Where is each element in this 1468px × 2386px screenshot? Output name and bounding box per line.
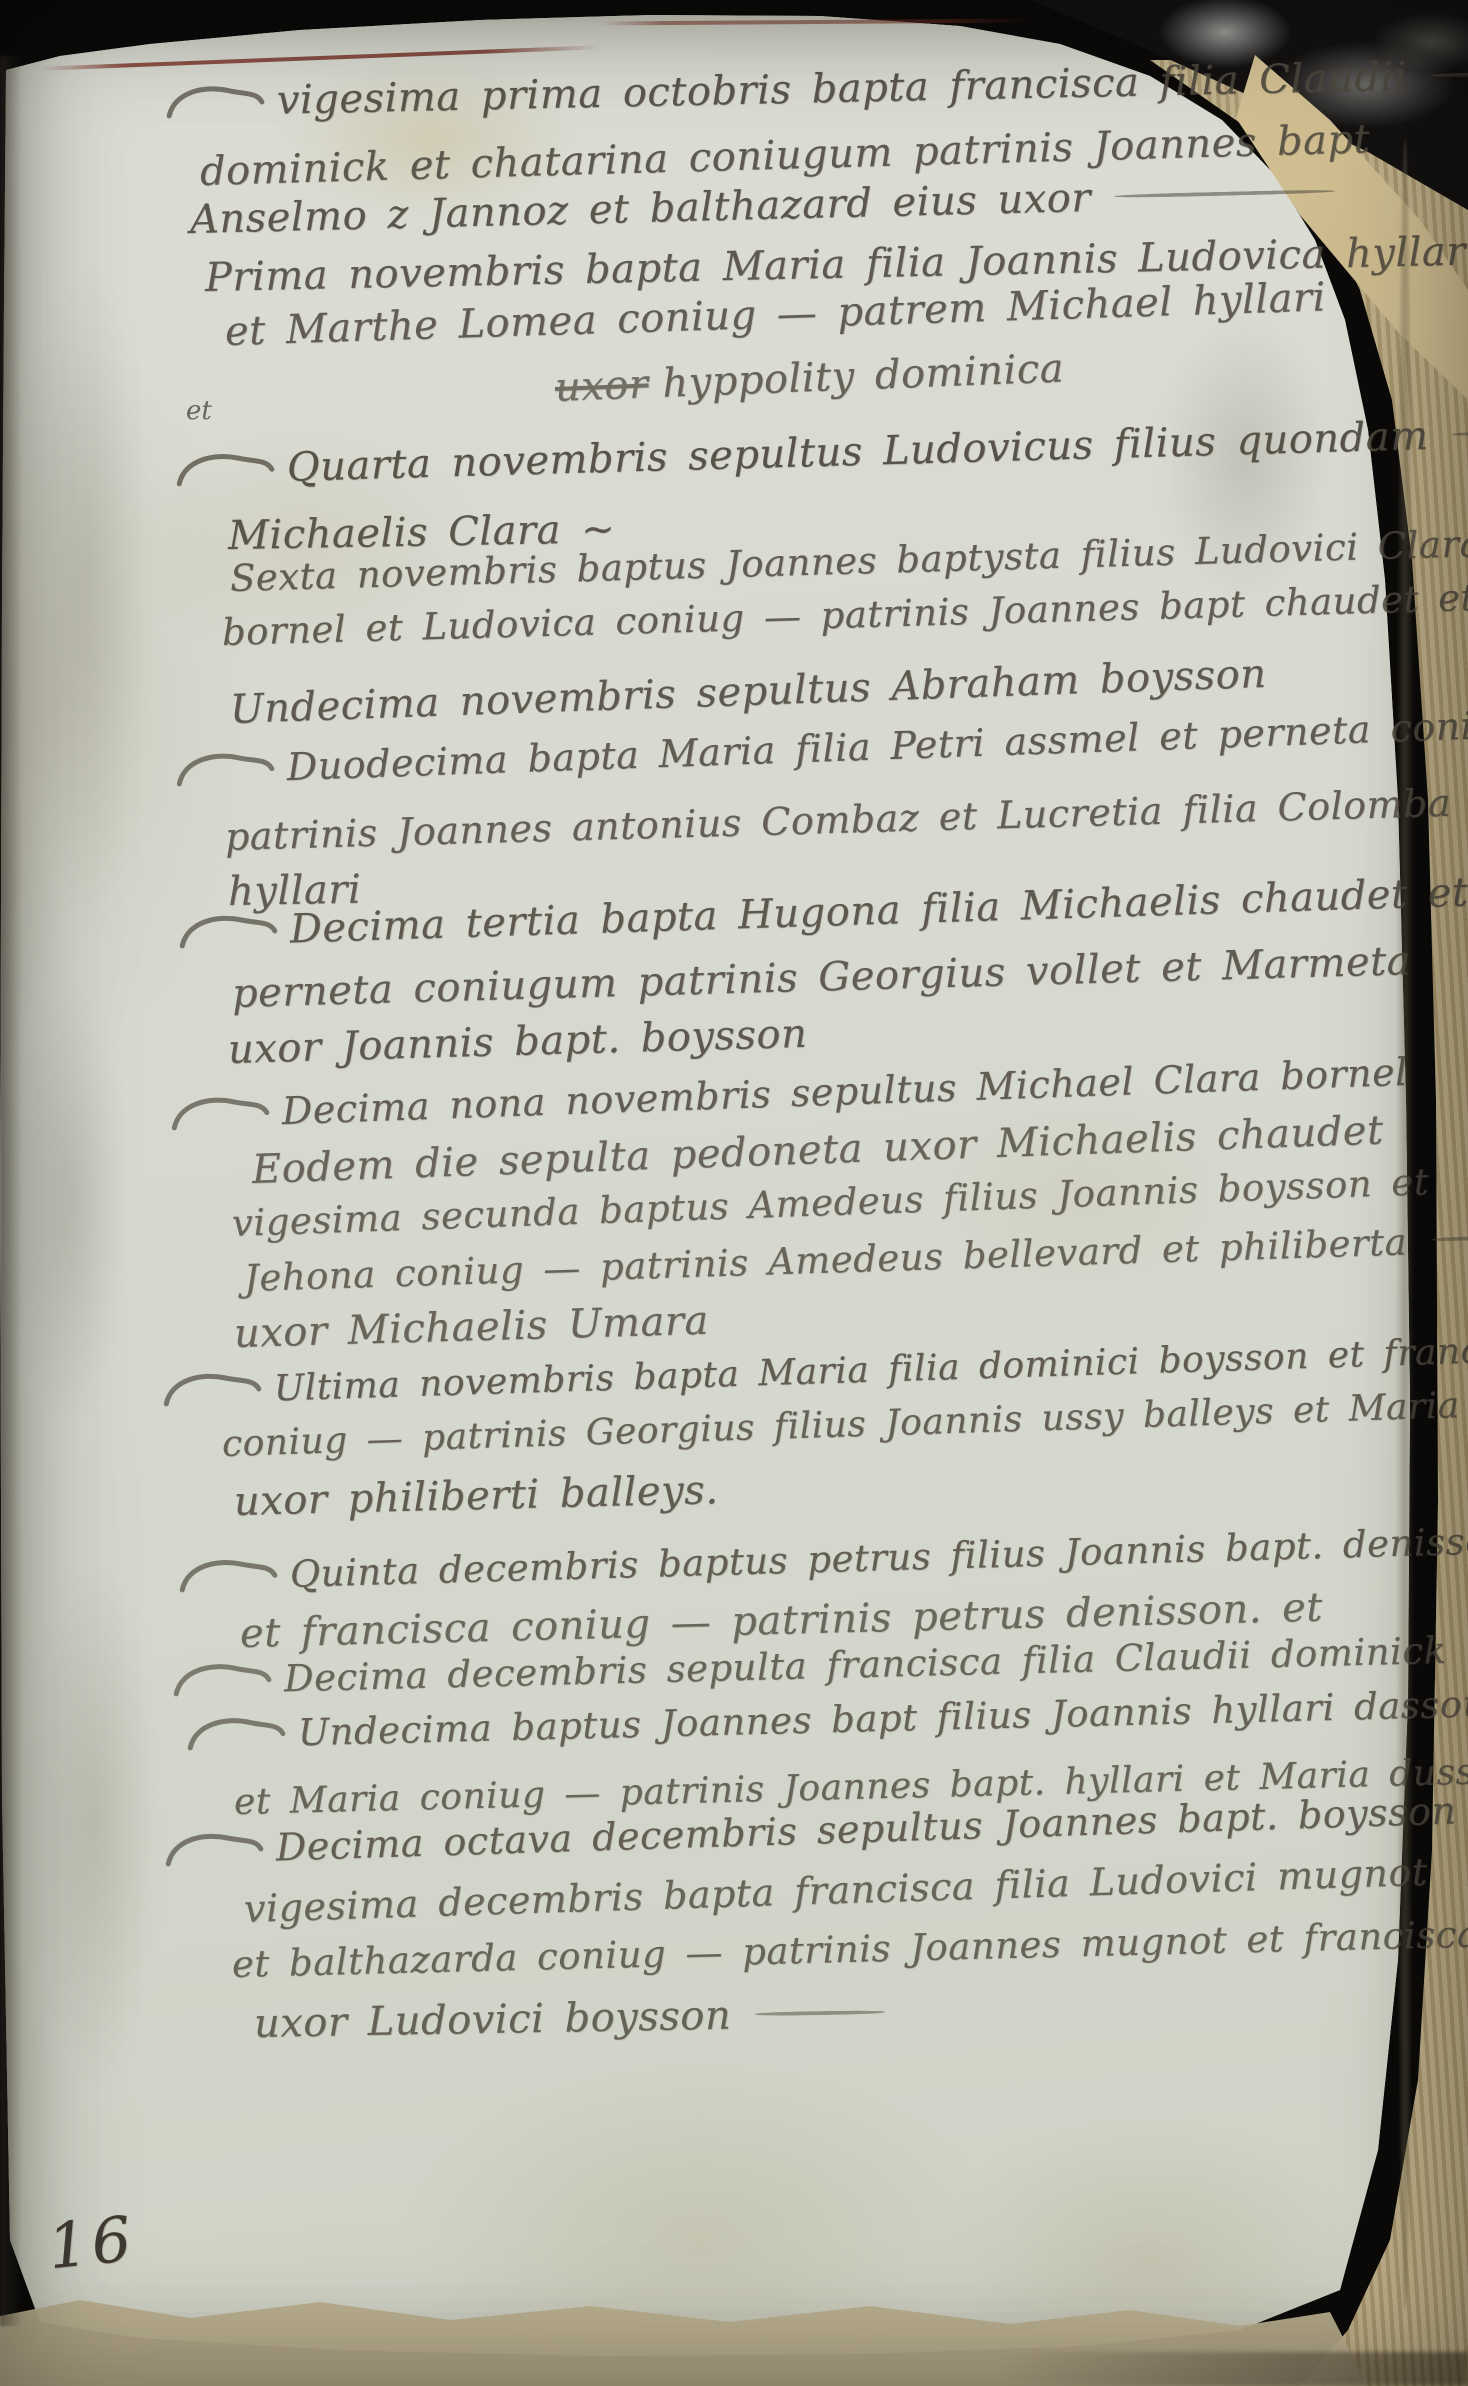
- paragraph-swash: [169, 1091, 271, 1144]
- manuscript-line: Quarta novembris sepultus Ludovicus fili…: [174, 411, 1468, 500]
- paragraph-swash-flourish: [163, 1827, 264, 1872]
- line-text: uxor Michaelis Umara: [233, 1298, 709, 1357]
- line-text: uxor philiberti balleys.: [233, 1467, 718, 1525]
- line-text: patrinis Joannes antonius Combaz et Lucr…: [224, 781, 1451, 859]
- line-text: uxor Joannis bapt. boysson: [227, 1011, 808, 1073]
- line-text: hyppolity dominica: [662, 345, 1065, 406]
- trailing-dash-stroke: [1452, 429, 1468, 436]
- trailing-dash-stroke: [755, 2010, 885, 2016]
- line-text: Quarta novembris sepultus Ludovicus fili…: [286, 413, 1429, 491]
- trailing-dash-stroke: [1431, 71, 1468, 78]
- manuscript-line: uxor Michaelis Umara: [233, 1301, 709, 1356]
- paragraph-swash: [171, 1658, 272, 1710]
- manuscript-line: et balthazarda coniug — patrinis Joannes…: [232, 1916, 1468, 1985]
- manuscript-line: uxor philiberti balleys.: [233, 1470, 718, 1523]
- paragraph-swash-flourish: [161, 1367, 262, 1412]
- paragraph-swash: [174, 747, 276, 800]
- manuscript-line: uxor Joannis bapt. boysson: [227, 1014, 807, 1072]
- paragraph-swash-flourish: [174, 447, 275, 492]
- paragraph-swash-flourish: [177, 909, 278, 954]
- paragraph-swash: [163, 1827, 265, 1880]
- paragraph-swash: [177, 1553, 278, 1605]
- manuscript-line: uxorhyppolity dominica: [554, 348, 1065, 409]
- paragraph-swash: [174, 447, 275, 500]
- handwriting-layer: vigesima prima octobris bapta francisca …: [0, 0, 1468, 2386]
- manuscript-line: patrinis Joannes antonius Combaz et Lucr…: [224, 781, 1468, 857]
- line-text: Decima tertia bapta Hugona filia Michael…: [289, 869, 1468, 952]
- line-text: uxor Ludovici boysson: [254, 1993, 732, 2047]
- manuscript-line: uxor Ludovici boysson: [254, 1993, 886, 2046]
- paragraph-swash-flourish: [171, 1658, 272, 1702]
- page-number: 16: [44, 2202, 138, 2284]
- marginal-note: et: [186, 398, 212, 425]
- paragraph-swash-flourish: [185, 1712, 286, 1756]
- paragraph-swash: [177, 909, 279, 963]
- paragraph-swash: [161, 1367, 263, 1420]
- paragraph-swash-flourish: [164, 80, 265, 124]
- trailing-dash-stroke: [1431, 1235, 1468, 1242]
- paragraph-swash-flourish: [177, 1553, 278, 1598]
- paragraph-swash: [185, 1712, 286, 1764]
- photographed-register-page: vigesima prima octobris bapta francisca …: [0, 0, 1468, 2386]
- paragraph-swash-flourish: [169, 1091, 270, 1136]
- line-text: vigesima prima octobris bapta francisca …: [276, 54, 1407, 124]
- struck-word: uxor: [554, 361, 649, 411]
- paragraph-swash: [164, 80, 265, 133]
- trailing-dash-stroke: [1115, 189, 1335, 198]
- paragraph-swash-flourish: [174, 747, 275, 792]
